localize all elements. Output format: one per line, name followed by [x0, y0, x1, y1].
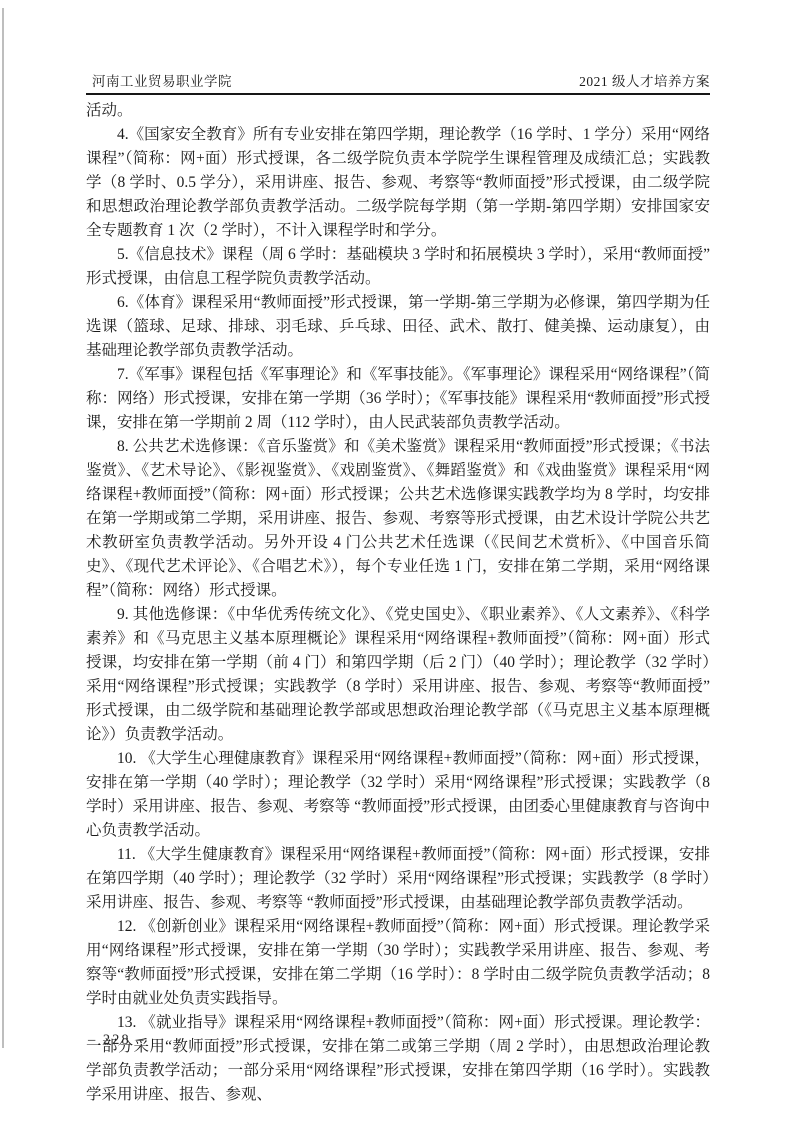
paragraph-item-4: 4.《国家安全教育》所有专业安排在第四学期，理论教学（16 学时、1 学分）采用…: [86, 123, 710, 243]
paragraph-item-13: 13. 《就业指导》课程采用“网络课程+教师面授”（简称：网+面）形式授课。理论…: [86, 1011, 710, 1107]
header-institution-name: 河南工业贸易职业学院: [92, 70, 232, 90]
document-body: 活动。 4.《国家安全教育》所有专业安排在第四学期，理论教学（16 学时、1 学…: [86, 99, 710, 1107]
paragraph-item-6: 6.《体育》课程采用“教师面授”形式授课，第一学期-第三学期为必修课，第四学期为…: [86, 291, 710, 363]
paragraph-item-8: 8. 公共艺术选修课：《音乐鉴赏》和《美术鉴赏》课程采用“教师面授”形式授课；《…: [86, 435, 710, 603]
paragraph-continuation: 活动。: [86, 99, 710, 123]
paragraph-item-11: 11. 《大学生健康教育》课程采用“网络课程+教师面授”（简称：网+面）形式授课…: [86, 843, 710, 915]
paragraph-item-12: 12. 《创新创业》课程采用“网络课程+教师面授”（简称：网+面）形式授课。理论…: [86, 915, 710, 1011]
paragraph-item-9: 9. 其他选修课：《中华优秀传统文化》、《党史国史》、《职业素养》、《人文素养》…: [86, 603, 710, 747]
paragraph-item-7: 7.《军事》课程包括《军事理论》和《军事技能》。《军事理论》课程采用“网络课程”…: [86, 363, 710, 435]
page-header: 河南工业贸易职业学院 2021 级人才培养方案: [86, 70, 710, 90]
header-divider-rule: [86, 93, 710, 95]
scan-edge-artifact: [2, 8, 4, 1048]
document-page: 河南工业贸易职业学院 2021 级人才培养方案 活动。 4.《国家安全教育》所有…: [0, 0, 793, 1122]
page-number: – 228 –: [88, 1032, 146, 1049]
header-document-title: 2021 级人才培养方案: [579, 70, 710, 90]
paragraph-item-10: 10. 《大学生心理健康教育》课程采用“网络课程+教师面授”（简称：网+面）形式…: [86, 747, 710, 843]
paragraph-item-5: 5.《信息技术》课程（周 6 学时：基础模块 3 学时和拓展模块 3 学时），采…: [86, 243, 710, 291]
